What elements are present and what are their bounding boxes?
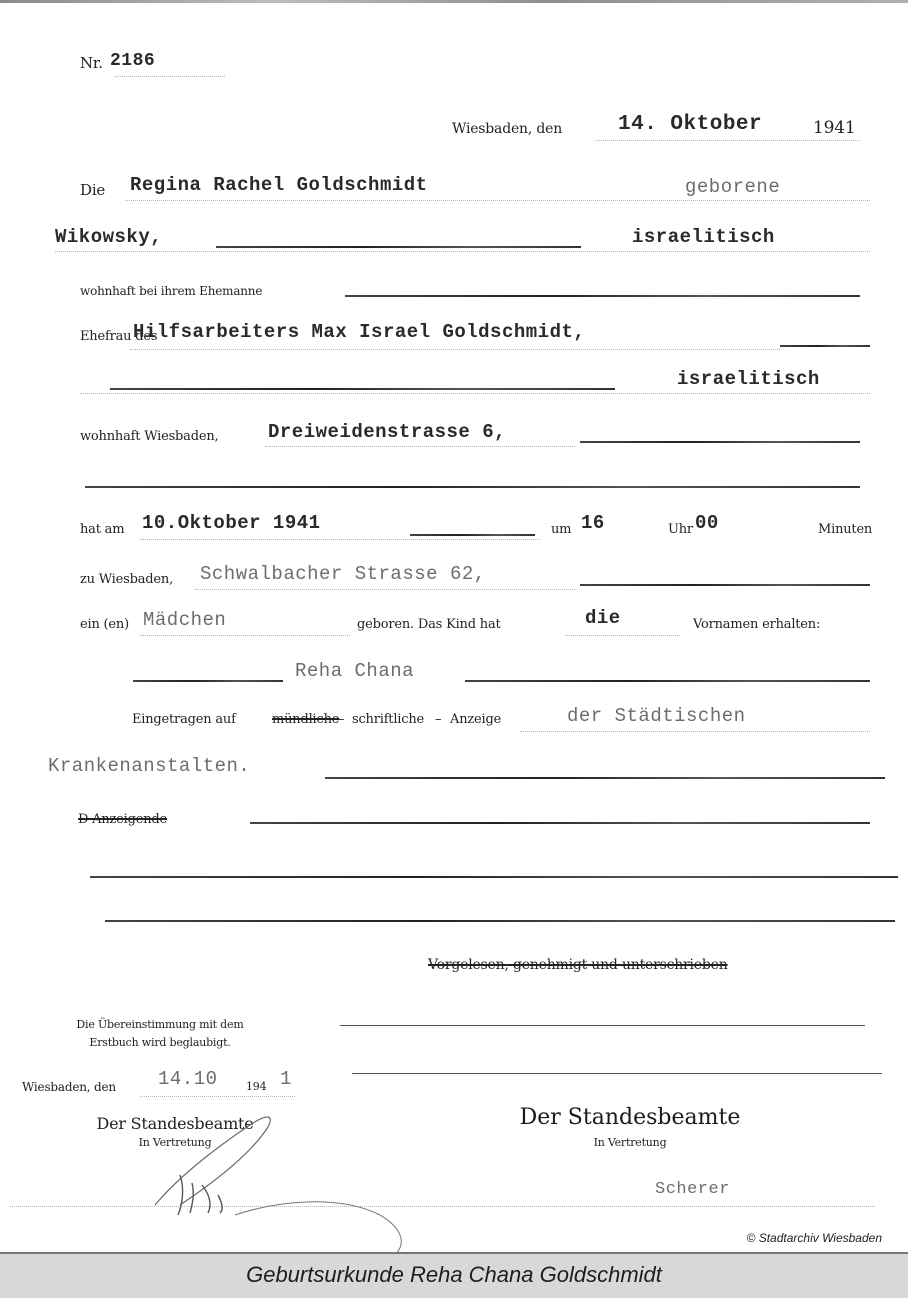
issue-date: 14. Oktober (618, 113, 762, 136)
child-article: die (585, 607, 621, 629)
dotted-line (130, 349, 780, 350)
struck-informant: D Anzeigende (78, 812, 167, 827)
certification-line2: Erstbuch wird beglaubigt. (40, 1034, 280, 1052)
child-given-names: Reha Chana (295, 660, 414, 682)
blank-rule (580, 584, 870, 586)
dotted-line (80, 393, 870, 394)
cert-year-prefix: 194 (246, 1080, 266, 1093)
dash: – (435, 712, 441, 727)
place-date-label: Wiesbaden, den (452, 121, 562, 137)
dotted-line (195, 589, 575, 590)
issue-year: 1941 (813, 118, 855, 138)
born-label: geborene (685, 176, 780, 198)
cert-date: 14.10 (158, 1068, 218, 1090)
father-description: Hilfsarbeiters Max Israel Goldschmidt, (133, 321, 585, 343)
mother-name-text: Regina Rachel Goldschmidt (130, 174, 428, 196)
caption-title: Geburtsurkunde Reha Chana Goldschmidt (0, 1262, 908, 1288)
dotted-line (265, 446, 575, 447)
child-label: ein (en) (80, 617, 129, 632)
notice-label: Anzeige (450, 712, 501, 727)
blank-rule (110, 388, 615, 390)
blank-rule (250, 822, 870, 824)
right-official-name: Scherer (655, 1180, 730, 1199)
blank-rule (105, 920, 895, 922)
cert-place-label: Wiesbaden, den (22, 1080, 116, 1094)
father-religion: israelitisch (677, 368, 820, 390)
handwritten-signature (140, 1105, 420, 1255)
birth-place: Schwalbacher Strasse 62, (200, 563, 486, 585)
right-official-title: Der Standesbeamte (480, 1105, 780, 1130)
born-text: geboren. Das Kind hat (357, 617, 501, 632)
blank-rule (133, 680, 283, 682)
blank-rule (85, 486, 860, 488)
blank-rule (345, 295, 860, 297)
copyright-notice: © Stadtarchiv Wiesbaden (747, 1231, 882, 1245)
dotted-line (140, 539, 540, 540)
written-label: schriftliche (352, 712, 424, 727)
blank-rule (216, 246, 581, 248)
mother-religion: israelitisch (632, 226, 775, 248)
dotted-line (520, 731, 870, 732)
struck-read-approved: Vorgelesen, genehmigt und unterschrieben (428, 957, 728, 973)
certification-line1: Die Übereinstimmung mit dem (40, 1016, 280, 1034)
registration-source-line1: der Städtischen (567, 705, 746, 727)
number-label: Nr. (80, 54, 103, 72)
birth-hour: 16 (581, 512, 605, 534)
blank-rule (325, 777, 885, 779)
child-sex: Mädchen (143, 609, 226, 631)
father-residence-label: wohnhaft Wiesbaden, (80, 429, 218, 444)
dotted-line (55, 251, 870, 252)
birth-date: 10.Oktober 1941 (142, 512, 321, 534)
dotted-line (140, 635, 350, 636)
dotted-line (565, 635, 680, 636)
registration-label: Eingetragen auf (132, 712, 236, 727)
blank-rule (780, 345, 870, 347)
dotted-line (595, 140, 860, 141)
birth-minutes: 00 (695, 512, 719, 534)
blank-rule (90, 876, 898, 878)
given-names-label: Vornamen erhalten: (693, 617, 820, 632)
scan-top-edge (0, 0, 908, 3)
right-official-sub: In Vertretung (480, 1136, 780, 1149)
hour-label: Uhr (668, 522, 693, 537)
struck-oral: mündliche (272, 712, 339, 727)
certification-text: Die Übereinstimmung mit dem Erstbuch wir… (40, 1016, 280, 1052)
dash: – (338, 712, 344, 727)
mother-maiden-name: Wikowsky, (55, 226, 162, 248)
die-label: Die (80, 181, 105, 199)
blank-rule (465, 680, 870, 682)
cert-year-suffix: 1 (280, 1068, 292, 1090)
signature-rule (340, 1025, 865, 1026)
blank-rule (580, 441, 860, 443)
dotted-line (125, 200, 870, 201)
minutes-label: Minuten (818, 522, 872, 537)
right-official-block: Der Standesbeamte In Vertretung (480, 1105, 780, 1149)
blank-rule (410, 534, 535, 536)
at-label: um (551, 522, 571, 537)
place-label: zu Wiesbaden, (80, 572, 173, 587)
signature-rule (352, 1073, 882, 1074)
registration-source-line2: Krankenanstalten. (48, 755, 250, 777)
dotted-line (140, 1096, 295, 1097)
residence-label: wohnhaft bei ihrem Ehemanne (80, 284, 262, 298)
date-label: hat am (80, 522, 124, 537)
father-address: Dreiweidenstrasse 6, (268, 421, 506, 443)
mother-name: Regina Rachel Goldschmidt (130, 174, 428, 196)
dotted-line (115, 76, 225, 77)
certificate-number: 2186 (110, 51, 155, 71)
